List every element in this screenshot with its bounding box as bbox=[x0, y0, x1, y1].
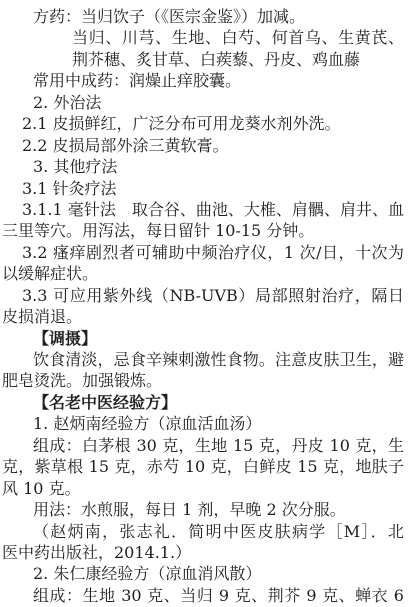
line-herb-list-1: 当归、川芎、生地、白芍、何首乌、生黄芪、防风、 bbox=[2, 27, 404, 48]
line-formula-title: 方药：当归饮子（《医宗金鉴》）加减。 bbox=[2, 6, 404, 27]
line-needle-method-1: 3.1.1 毫针法 取合谷、曲池、大椎、肩髃、肩井、血海、足 bbox=[2, 199, 404, 220]
line-zhao-composition-1: 组成：白茅根 30 克，生地 15 克，丹皮 10 克，生槐花 15 bbox=[2, 435, 404, 456]
line-zhao-composition-3: 风 10 克。 bbox=[2, 478, 404, 499]
line-heading-acupuncture: 3.1 针灸疗法 bbox=[2, 178, 404, 199]
line-zhao-composition-2: 克，紫草根 15 克，赤芍 10 克，白鲜皮 15 克，地肤子 10 克，防 bbox=[2, 456, 404, 477]
line-diet-advice-1: 饮食清淡，忌食辛辣刺激性食物。注意皮肤卫生，避免热水 bbox=[2, 349, 404, 370]
line-zhao-bingnan-title: 1. 赵炳南经验方（凉血活血汤） bbox=[2, 413, 404, 434]
line-citation-2: 医中药出版社，2014.1.） bbox=[2, 542, 404, 563]
line-zhu-composition-1: 组成：生地 30 克、当归 9 克、荆芥 9 克、蝉衣 6 克、苦参 9 bbox=[2, 585, 404, 606]
line-mid-frequency-2: 以缓解症状。 bbox=[2, 263, 404, 284]
line-needle-method-2: 三里等穴。用泻法，每日留针 10-15 分钟。 bbox=[2, 220, 404, 241]
line-mid-frequency-1: 3.2 瘙痒剧烈者可辅助中频治疗仪，1 次/日，十次为一疗程， bbox=[2, 242, 404, 263]
section-heading-expert-prescriptions: 【名老中医经验方】 bbox=[2, 392, 404, 413]
line-heading-other-therapies: 3. 其他疗法 bbox=[2, 156, 404, 177]
line-citation-1: （赵炳南，张志礼．简明中医皮肤病学［M］．北京：中国中 bbox=[2, 521, 404, 542]
section-heading-regulation: 【调摄】 bbox=[2, 328, 404, 349]
line-patent-medicine: 常用中成药：润燥止痒胶囊。 bbox=[2, 70, 404, 91]
line-heading-external-treatment: 2. 外治法 bbox=[2, 92, 404, 113]
line-zhao-usage: 用法：水煎服，每日 1 剂，早晚 2 次分服。 bbox=[2, 499, 404, 520]
line-external-ointment: 2.2 皮损局部外涂三黄软膏。 bbox=[2, 135, 404, 156]
line-zhu-renkang-title: 2. 朱仁康经验方（凉血消风散） bbox=[2, 563, 404, 584]
line-herb-list-2: 荆芥穗、炙甘草、白蒺藜、丹皮、鸡血藤 bbox=[2, 49, 404, 70]
line-external-wash: 2.1 皮损鲜红，广泛分布可用龙葵水剂外洗。 bbox=[2, 113, 404, 134]
line-uvb-therapy-2: 皮损消退。 bbox=[2, 306, 404, 327]
line-diet-advice-2: 肥皂烫洗。加强锻炼。 bbox=[2, 370, 404, 391]
line-uvb-therapy-1: 3.3 可应用紫外线（NB-UVB）局部照射治疗，隔日一次，促进 bbox=[2, 285, 404, 306]
document-page: 方药：当归饮子（《医宗金鉴》）加减。 当归、川芎、生地、白芍、何首乌、生黄芪、防… bbox=[0, 0, 408, 607]
